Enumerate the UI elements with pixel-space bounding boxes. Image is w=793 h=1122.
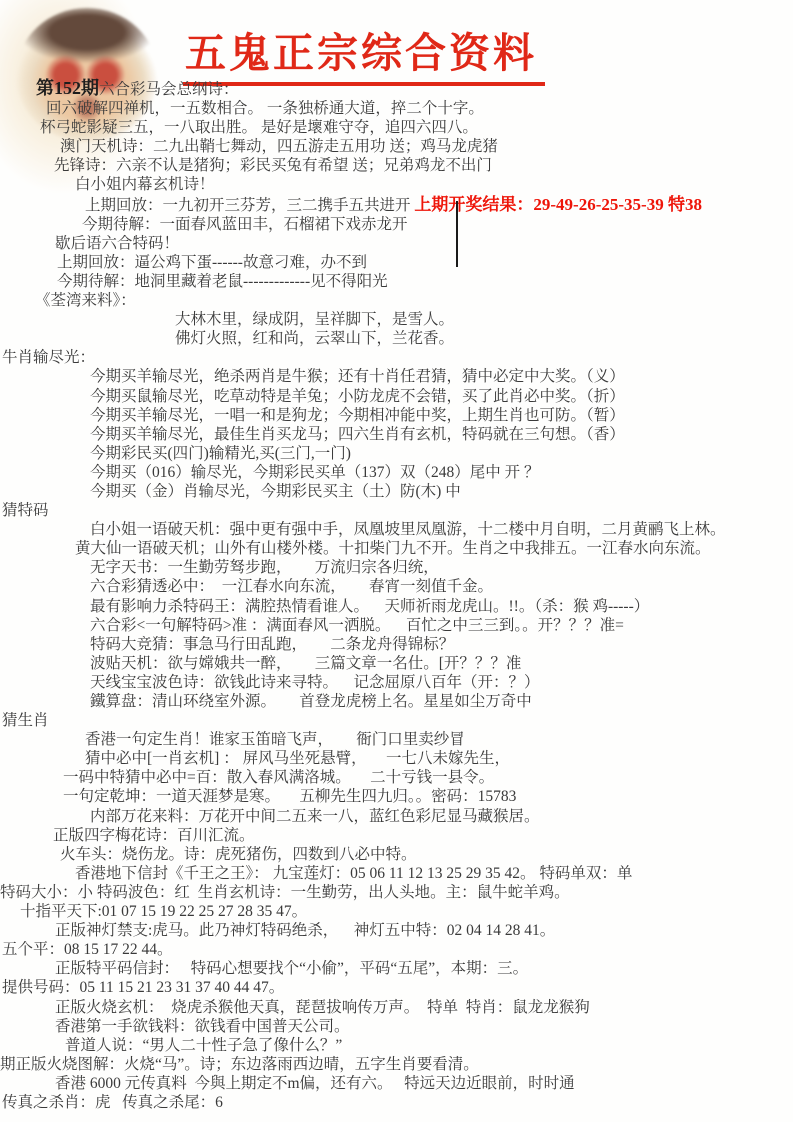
text-line: 火车头：烧伤龙。诗：虎死猪伤，四数到八必中特。 <box>0 845 793 864</box>
text-line: 猜生肖 <box>0 711 793 730</box>
line-segment: 正版火烧玄机： 烧虎杀猴他天真，琵琶拔响传万声。 特单 特肖：鼠龙龙猴狗 <box>55 999 590 1016</box>
line-segment: 特码大竞猜：事急马行田乱跑， 二条龙舟得锦标？ <box>90 636 454 653</box>
line-segment: 香港一句定生肖！谁家玉笛暗飞声， 衙门口里卖纱冒 <box>85 731 465 748</box>
line-segment: 今期买羊输尽光，一唱一和是狗龙；今期相冲能中奖，上期生肖也可防。（暂） <box>90 407 625 424</box>
text-line: 今期买（016）输尽光，今期彩民买单（137）双（248）尾中 开 ？ <box>0 463 793 482</box>
line-segment: 澳门天机诗：二九出鞘七舞动，四五游走五用功 送；鸡马龙虎猪 <box>60 138 498 155</box>
text-line: 黄大仙一语破天机；山外有山楼外楼。十扣柴门九不开。生肖之中我排五。一江春水向东流… <box>0 539 793 558</box>
line-segment: 今期待解：地洞里藏着老鼠-------------见不得阳光 <box>57 273 388 290</box>
line-segment: 牛肖输尽光： <box>2 349 95 366</box>
text-line: 白小姐内幕玄机诗！ <box>0 175 793 194</box>
line-segment: 火车头：烧伤龙。诗：虎死猪伤，四数到八必中特。 <box>60 846 417 863</box>
text-line: 六合彩猜透必中： 一江春水向东流， 春宵一刻值千金。 <box>0 577 793 596</box>
line-segment: 佛灯火照，红和尚，云翠山下，兰花香。 <box>175 330 454 347</box>
text-line: 猜中必中[一肖玄机] ： 屏风马坐死悬臂， 一七八未嫁先生， <box>0 749 793 768</box>
text-line: 正版火烧玄机： 烧虎杀猴他天真，琵琶拔响传万声。 特单 特肖：鼠龙龙猴狗 <box>0 998 793 1017</box>
text-line: 回六破解四禅机，一五数相合。 一条独桥通大道，捽二个十字。 <box>0 99 793 118</box>
line-segment: 黄大仙一语破天机；山外有山楼外楼。十扣柴门九不开。生肖之中我排五。一江春水向东流… <box>75 540 711 557</box>
text-line: 六合彩<一句解特码>准 ：满面春风一洒脱。 百忙之中三三到。。开？？？准= <box>0 616 793 635</box>
text-line: 内部万花来料：万花开中间二五来一八，蓝红色彩尼显马藏猴居。 <box>0 807 793 826</box>
text-line: 白小姐一语破天机：强中更有强中手，凤凰坡里凤凰游，十二楼中月自明，二月黄鹂飞上林… <box>0 520 793 539</box>
line-segment: 今期买鼠输尽光，吃草动特是羊兔；小防龙虎不会错，买了此肖必中奖。（折） <box>90 388 625 405</box>
line-segment: 第152期 <box>36 78 99 98</box>
text-line: 最有影响力杀特码王：满腔热情看谁人。 天师祈雨龙虎山。!!。（杀：猴 鸡----… <box>0 597 793 616</box>
text-line: 今期买羊输尽光，绝杀两肖是牛猴；还有十肖任君猜，猜中必定中大奖。（义） <box>0 367 793 386</box>
text-line: 今期买羊输尽光，一唱一和是狗龙；今期相冲能中奖，上期生肖也可防。（暂） <box>0 406 793 425</box>
text-line: 天线宝宝波色诗：欲钱此诗来寻特。 记念屈原八百年（开：？） <box>0 673 793 692</box>
vertical-rule <box>456 201 458 267</box>
text-line: 《荃湾来料》： <box>0 291 793 310</box>
text-line: 歇后语六合特码！ <box>0 234 793 253</box>
line-segment: 今期买（金）肖输尽光，今期彩民买主（土）防(木) 中 <box>90 483 461 500</box>
text-line: 香港第一手欲钱料：欲钱看中国普天公司。 <box>0 1017 793 1036</box>
line-segment: 《荃湾来料》： <box>35 292 136 309</box>
text-line: 牛肖输尽光： <box>0 348 793 367</box>
line-segment: 最有影响力杀特码王：满腔热情看谁人。 天师祈雨龙虎山。!!。（杀：猴 鸡----… <box>90 598 649 615</box>
text-line: 佛灯火照，红和尚，云翠山下，兰花香。 <box>0 329 793 348</box>
scanned-lottery-sheet: { "meta": { "title": "五鬼正宗综合资料", "issue_… <box>0 0 793 1122</box>
line-segment: 回六破解四禅机，一五数相合。 一条独桥通大道，捽二个十字。 <box>46 100 484 117</box>
line-segment: 传真之杀肖：虎 传真之杀尾：6 <box>2 1094 223 1111</box>
text-line: 五个平：08 15 17 22 44。 <box>0 940 793 959</box>
line-segment: 特码大小：小 特码波色：红 生肖玄机诗：一生勤劳，出人头地。主：鼠牛蛇羊鸡。 <box>0 884 570 901</box>
document-lines: 第152期六合彩马会总纲诗：回六破解四禅机，一五数相合。 一条独桥通大道，捽二个… <box>0 79 793 1112</box>
line-segment: 今期买羊输尽光，最佳生肖买龙马；四六生肖有玄机，特码就在三句想。（香） <box>90 426 625 443</box>
line-segment: 上期回放：逼公鸡下蛋------故意刁难，办不到 <box>57 254 367 271</box>
text-line: 一句定乾坤：一道天涯梦是寒。 五柳先生四九归。。密码：15783 <box>0 787 793 806</box>
line-segment: 香港地下信封《千王之王》： 九宝莲灯：05 06 11 12 13 25 29 … <box>75 865 632 882</box>
line-segment: 今期买（016）输尽光，今期彩民买单（137）双（248）尾中 开 ？ <box>90 464 540 481</box>
text-line: 香港一句定生肖！谁家玉笛暗飞声， 衙门口里卖纱冒 <box>0 730 793 749</box>
text-line: 波贴天机：欲与嫦娥共一醉， 三篇文章一名仕。[开？？？准 <box>0 654 793 673</box>
text-line: 大林木里，绿成阴，呈祥脚下，是雪人。 <box>0 310 793 329</box>
line-segment: 六合彩猜透必中： 一江春水向东流， 春宵一刻值千金。 <box>90 578 493 595</box>
text-line: 上期回放：逼公鸡下蛋------故意刁难，办不到 <box>0 253 793 272</box>
text-line: 今期彩民买(四门)输精光,买(三门,一门) <box>0 444 793 463</box>
text-line: 先锋诗：六亲不认是猪狗；彩民买兔有希望 送；兄弟鸡龙不出门 <box>0 156 793 175</box>
line-segment: 天线宝宝波色诗：欲钱此诗来寻特。 记念屈原八百年（开：？） <box>90 674 540 691</box>
text-line: 今期买鼠输尽光，吃草动特是羊兔；小防龙虎不会错，买了此肖必中奖。（折） <box>0 387 793 406</box>
line-segment: 鐵算盘：清山环绕室外源。 首登龙虎榜上名。星星如尘万奇中 <box>90 693 532 710</box>
text-line: 今期待解：地洞里藏着老鼠-------------见不得阳光 <box>0 272 793 291</box>
text-line: 杯弓蛇影疑三五，一八取出胜。 是好是壞难守夺，追四六四八。 <box>0 118 793 137</box>
line-segment: 今期买羊输尽光，绝杀两肖是牛猴；还有十肖任君猜，猜中必定中大奖。（义） <box>90 368 625 385</box>
text-line: 上期回放：一九初开三芬芳，三二携手五共进开 上期开奖结果：29-49-26-25… <box>0 195 793 215</box>
text-line: 澳门天机诗：二九出鞘七舞动，四五游走五用功 送；鸡马龙虎猪 <box>0 137 793 156</box>
text-line: 猜特码 <box>0 501 793 520</box>
text-line: 今期待解：一面春风蓝田丰，石榴裙下戏赤龙开 <box>0 215 793 234</box>
line-segment: 六合彩马会总纲诗： <box>99 81 239 98</box>
line-segment: 先锋诗：六亲不认是猪狗；彩民买兔有希望 送；兄弟鸡龙不出门 <box>54 157 492 174</box>
line-segment: 提供号码：05 11 15 21 23 31 37 40 44 47。 <box>2 979 284 996</box>
line-segment: 白小姐一语破天机：强中更有强中手，凤凰坡里凤凰游，十二楼中月自明，二月黄鹂飞上林… <box>90 521 726 538</box>
text-line: 鐵算盘：清山环绕室外源。 首登龙虎榜上名。星星如尘万奇中 <box>0 692 793 711</box>
text-line: 今期买羊输尽光，最佳生肖买龙马；四六生肖有玄机，特码就在三句想。（香） <box>0 425 793 444</box>
line-segment: 内部万花来料：万花开中间二五来一八，蓝红色彩尼显马藏猴居。 <box>90 808 540 825</box>
line-segment: 正版特平码信封： 特码心想要找个“小偷”，平码“五尾”，本期：三。 <box>55 960 528 977</box>
line-segment: 杯弓蛇影疑三五，一八取出胜。 是好是壞难守夺，追四六四八。 <box>40 119 478 136</box>
line-segment: 普道人说：“男人二十性子急了像什么？” <box>65 1037 342 1054</box>
text-line: 香港 6000 元传真料 今與上期定不m偏，还有六。 特远天边近眼前，时时通 <box>0 1074 793 1093</box>
line-segment: 期正版火烧图解：火烧“马”。诗；东边落雨西边晴，五字生肖要看清。 <box>0 1056 479 1073</box>
text-line: 正版神灯禁支:虎马。此乃神灯特码绝杀， 神灯五中特：02 04 14 28 41… <box>0 921 793 940</box>
line-segment: 六合彩<一句解特码>准 ：满面春风一洒脱。 百忙之中三三到。。开？？？准= <box>90 617 624 634</box>
text-line: 正版特平码信封： 特码心想要找个“小偷”，平码“五尾”，本期：三。 <box>0 959 793 978</box>
text-line: 特码大竞猜：事急马行田乱跑， 二条龙舟得锦标？ <box>0 635 793 654</box>
line-segment: 猜生肖 <box>2 712 49 729</box>
line-segment: 正版四字梅花诗：百川汇流。 <box>53 827 255 844</box>
line-segment: 大林木里，绿成阴，呈祥脚下，是雪人。 <box>175 311 454 328</box>
text-line: 无字天书：一生勤劳驽步跑， 万流归宗各归统， <box>0 558 793 577</box>
text-line: 提供号码：05 11 15 21 23 31 37 40 44 47。 <box>0 978 793 997</box>
line-segment: 香港 6000 元传真料 今與上期定不m偏，还有六。 特远天边近眼前，时时通 <box>55 1075 575 1092</box>
text-line: 传真之杀肖：虎 传真之杀尾：6 <box>0 1093 793 1112</box>
page-title: 五鬼正宗综合资料 <box>183 20 545 86</box>
line-segment: 香港第一手欲钱料：欲钱看中国普天公司。 <box>55 1018 350 1035</box>
text-line: 期正版火烧图解：火烧“马”。诗；东边落雨西边晴，五字生肖要看清。 <box>0 1055 793 1074</box>
line-segment: 猜中必中[一肖玄机] ： 屏风马坐死悬臂， 一七八未嫁先生， <box>85 750 510 767</box>
line-segment: 正版神灯禁支:虎马。此乃神灯特码绝杀， 神灯五中特：02 04 14 28 41… <box>55 922 555 939</box>
line-segment: 白小姐内幕玄机诗！ <box>75 176 215 193</box>
text-line: 香港地下信封《千王之王》： 九宝莲灯：05 06 11 12 13 25 29 … <box>0 864 793 883</box>
line-segment: 一码中特猜中必中=百：散入春风满洛城。 二十亏钱一县令。 <box>63 769 494 786</box>
text-line: 今期买（金）肖输尽光，今期彩民买主（土）防(木) 中 <box>0 482 793 501</box>
line-segment: 波贴天机：欲与嫦娥共一醉， 三篇文章一名仕。[开？？？准 <box>90 655 521 672</box>
line-segment: 一句定乾坤：一道天涯梦是寒。 五柳先生四九归。。密码：15783 <box>63 788 516 805</box>
text-line: 一码中特猜中必中=百：散入春风满洛城。 二十亏钱一县令。 <box>0 768 793 787</box>
line-segment: 歇后语六合特码！ <box>55 235 179 252</box>
line-segment: 今期待解：一面春风蓝田丰，石榴裙下戏赤龙开 <box>82 216 408 233</box>
line-segment: 今期彩民买(四门)输精光,买(三门,一门) <box>90 445 351 462</box>
line-segment: 无字天书：一生勤劳驽步跑， 万流归宗各归统， <box>90 559 439 576</box>
line-segment: 五个平：08 15 17 22 44。 <box>2 941 173 958</box>
text-line: 第152期六合彩马会总纲诗： <box>0 79 793 99</box>
text-line: 特码大小：小 特码波色：红 生肖玄机诗：一生勤劳，出人头地。主：鼠牛蛇羊鸡。 <box>0 883 793 902</box>
line-segment: 猜特码 <box>2 502 49 519</box>
line-segment: 十指平天下:01 07 15 19 22 25 27 28 35 47。 <box>20 903 307 920</box>
text-line: 正版四字梅花诗：百川汇流。 <box>0 826 793 845</box>
text-line: 普道人说：“男人二十性子急了像什么？” <box>0 1036 793 1055</box>
text-line: 十指平天下:01 07 15 19 22 25 27 28 35 47。 <box>0 902 793 921</box>
line-segment: 上期回放：一九初开三芬芳，三二携手五共进开 <box>85 197 414 214</box>
